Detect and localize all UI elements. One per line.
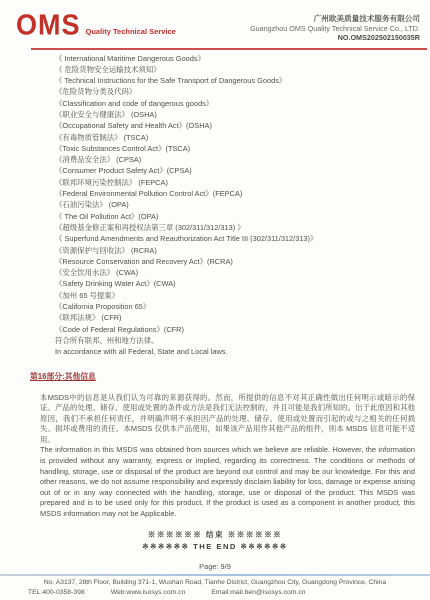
disclaimer-paragraph-cn: 本MSDS中的信息是从我们认为可靠的来源获得的。然而，所提供的信息不对其正确性做… xyxy=(40,393,415,446)
regulation-item: 《联邦法规》 (CFR) xyxy=(55,312,420,323)
regulation-item: 《安全饮用水法》 (CWA) xyxy=(55,267,420,278)
regulation-item: 《Federal Environmental Pollution Control… xyxy=(55,188,420,199)
compliance-statement-cn: 符合所有联邦、州和地方法律。 xyxy=(55,335,420,346)
regulation-item: 《Consumer Product Safety Act》(CPSA) xyxy=(55,165,420,176)
regulation-item: 《Code of Federal Regulations》(CFR) xyxy=(55,324,420,335)
report-number: NO.OMS202502150035R xyxy=(250,33,420,43)
footer-email: Email:mail.ben@isosys.com.cn xyxy=(211,589,305,596)
page-number: Page: 9/9 xyxy=(0,562,430,571)
header-company-block: 广州欧美质量技术服务有限公司 Guangzhou OMS Quality Tec… xyxy=(250,9,420,43)
regulation-item: 《Safety Drinking Water Act》(CWA) xyxy=(55,278,420,289)
footer-web: Web:www.isosys.com.cn xyxy=(111,589,186,596)
regulation-item: 《资源保护与回收法》 (RCRA) xyxy=(55,245,420,256)
oms-logo-text: OMS xyxy=(16,12,81,37)
document-header: OMS Quality Technical Service 广州欧美质量技术服务… xyxy=(0,0,430,43)
regulation-item: 《职业安全与健康法》 (OSHA) xyxy=(55,109,420,120)
footer-tel: TEL:400-0358-398 xyxy=(28,589,85,596)
regulation-item: 《Classification and code of dangerous go… xyxy=(55,98,420,109)
company-name-en: Guangzhou OMS Quality Technical Service … xyxy=(250,24,420,34)
regulation-item: 《California Proposition 65》 xyxy=(55,301,420,312)
disclaimer-paragraph-en: The information in this MSDS was obtaine… xyxy=(40,445,415,519)
regulation-item: 《 International Maritime Dangerous Goods… xyxy=(55,53,420,64)
oms-logo: OMS Quality Technical Service xyxy=(16,13,176,37)
regulation-item: 《Occupational Safety and Health Act》(OSH… xyxy=(55,120,420,131)
header-divider xyxy=(31,48,427,50)
regulation-item: 《Toxic Substances Control Act》(TSCA) xyxy=(55,143,420,154)
section16-title: 第16部分:其他信息 xyxy=(30,371,96,382)
regulation-item: 《 Superfund Amendments and Reauthorizati… xyxy=(55,233,420,244)
regulation-item: 《 危险货物安全运输技术须知》 xyxy=(55,64,420,75)
regulations-list: 《 International Maritime Dangerous Goods… xyxy=(55,53,420,358)
end-mark-en: ※※※※※※ THE END ※※※※※※ xyxy=(0,541,430,553)
regulation-item: 《超级基金修正案和再授权法第三章 (302/311/312/313) 》 xyxy=(55,222,420,233)
end-mark-cn: ※※※※※※ 结束 ※※※※※※ xyxy=(0,529,430,541)
regulation-item: 《有毒物质管制法》 (TSCA) xyxy=(55,132,420,143)
regulation-item: 《消费品安全法》 (CPSA) xyxy=(55,154,420,165)
msds-document-page: OMS Quality Technical Service 广州欧美质量技术服务… xyxy=(0,0,430,600)
regulation-item: 《联邦环境污染控制法》 (FEPCA) xyxy=(55,177,420,188)
regulation-item: 《Resource Conservation and Recovery Act》… xyxy=(55,256,420,267)
company-name-cn: 广州欧美质量技术服务有限公司 xyxy=(250,14,420,24)
regulation-item: 《危险货物分类及代码》 xyxy=(55,86,420,97)
regulation-item: 《加州 65 号提案》 xyxy=(55,290,420,301)
regulation-item: 《 The Oil Pollution Act》(OPA) xyxy=(55,211,420,222)
footer-contacts: TEL:400-0358-398 Web:www.isosys.com.cn E… xyxy=(28,589,430,596)
section16-header-row: 第16部分:其他信息 xyxy=(0,358,430,384)
regulation-item: 《 Technical Instructions for the Safe Tr… xyxy=(55,75,420,86)
oms-logo-tagline: Quality Technical Service xyxy=(86,27,176,36)
regulation-item: 《石油污染法》 (OPA) xyxy=(55,199,420,210)
footer-address: No. A3137, 28th Floor, Building 371-1, W… xyxy=(0,579,430,586)
end-marks: ※※※※※※ 结束 ※※※※※※ ※※※※※※ THE END ※※※※※※ xyxy=(0,529,430,553)
compliance-statement-en: In accordance with all Federal, State an… xyxy=(55,346,420,357)
footer-divider xyxy=(0,574,430,576)
